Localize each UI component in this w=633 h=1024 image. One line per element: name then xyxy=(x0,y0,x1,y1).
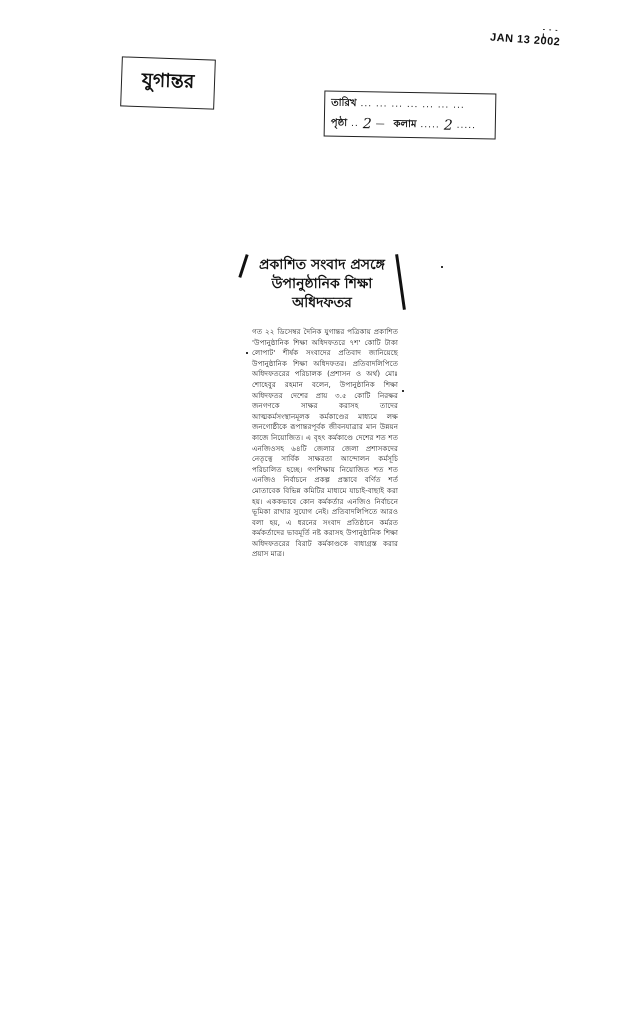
scan-speck xyxy=(402,390,404,392)
page-value: 2 xyxy=(363,116,372,132)
column-label: কলাম xyxy=(393,116,416,133)
newspaper-name: যুগান্তর xyxy=(141,66,195,100)
headline-bracket-left xyxy=(238,254,248,278)
scan-speck xyxy=(441,266,443,268)
stamp-marks: - - - L xyxy=(542,26,561,41)
page-label: পৃষ্ঠা xyxy=(331,115,347,132)
column-value: 2 xyxy=(444,118,453,134)
headline-line-1: প্রকাশিত সংবাদ প্রসঙ্গে xyxy=(250,256,394,275)
date-row: তারিখ ... ... ... ... ... ... ... xyxy=(331,94,489,117)
headline-line-3: অধিদফতর xyxy=(250,294,394,313)
scan-speck xyxy=(246,352,248,354)
headline-bracket-right xyxy=(395,254,406,310)
date-stamp: - - - L JAN 13 2002 xyxy=(490,32,561,49)
newspaper-name-box: যুগান্তর xyxy=(120,56,216,109)
article-body: গত ২২ ডিসেম্বর দৈনিক যুগান্তর পত্রিকায় … xyxy=(240,327,402,560)
clipping-meta-box: তারিখ ... ... ... ... ... ... ... পৃষ্ঠা… xyxy=(324,91,497,140)
page-column-row: পৃষ্ঠা .. 2 — কলাম ..... 2 ..... xyxy=(331,114,489,137)
date-fill: ... ... ... ... ... ... ... xyxy=(360,99,464,111)
date-label: তারিখ xyxy=(331,95,357,112)
news-clipping: প্রকাশিত সংবাদ প্রসঙ্গে উপানুষ্ঠানিক শিক… xyxy=(240,250,402,560)
article-headline: প্রকাশিত সংবাদ প্রসঙ্গে উপানুষ্ঠানিক শিক… xyxy=(240,250,402,317)
headline-line-2: উপানুষ্ঠানিক শিক্ষা xyxy=(250,275,394,294)
